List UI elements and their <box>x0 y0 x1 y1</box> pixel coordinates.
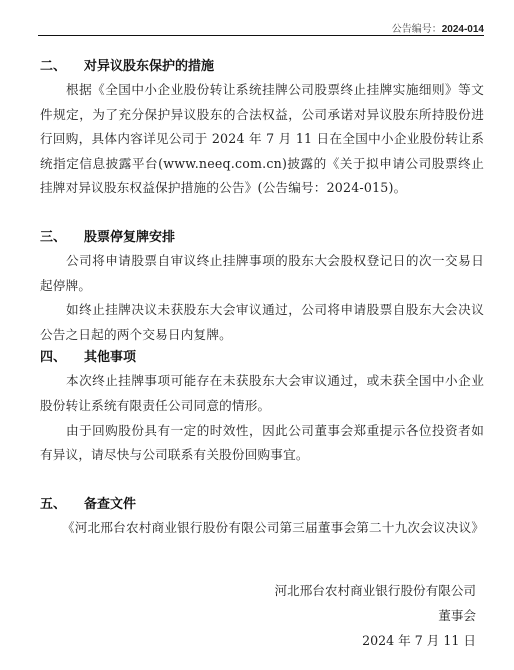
paragraph: 根据《全国中小企业股份转让系统挂牌公司股票终止挂牌实施细则》等文件规定，为了充分… <box>40 78 484 201</box>
section-number: 三、 <box>40 227 84 249</box>
section-number: 四、 <box>40 347 84 369</box>
reference-document: 《河北邢台农村商业银行股份有限公司第三届董事会第二十九次会议决议》 <box>40 516 484 541</box>
paragraph: 如终止挂牌决议未获股东大会审议通过，公司将申请股票自股东大会决议公告之日起的两个… <box>40 298 484 347</box>
section-title: 股票停复牌安排 <box>84 230 175 245</box>
section-heading-3: 三、股票停复牌安排 <box>40 227 484 249</box>
section-number: 五、 <box>40 494 84 516</box>
announcement-number: 公告编号：2024-014 <box>392 20 484 35</box>
page-header: 公告编号：2024-014 <box>38 0 484 36</box>
section-heading-2: 二、对异议股东保护的措施 <box>40 56 484 78</box>
section-heading-4: 四、其他事项 <box>40 347 484 369</box>
paragraph: 公司将申请股票自审议终止挂牌事项的股东大会股权登记日的次一交易日起停牌。 <box>40 249 484 298</box>
announcement-number-value: 2024-014 <box>442 24 484 35</box>
document-body: 二、对异议股东保护的措施 根据《全国中小企业股份转让系统挂牌公司股票终止挂牌实施… <box>40 56 484 540</box>
section-title: 对异议股东保护的措施 <box>84 59 214 74</box>
signature-board: 董事会 <box>438 603 476 628</box>
section-title: 其他事项 <box>84 350 136 365</box>
announcement-number-label: 公告编号： <box>392 24 442 35</box>
signature-date: 2024 年 7 月 11 日 <box>362 628 476 653</box>
paragraph: 由于回购股份具有一定的时效性，因此公司董事会郑重提示各位投资者如有异议，请尽快与… <box>40 419 484 468</box>
paragraph: 本次终止挂牌事项可能存在未获股东大会审议通过，或未获全国中小企业股份转让系统有限… <box>40 369 484 418</box>
signature-company: 河北邢台农村商业银行股份有限公司 <box>275 578 477 603</box>
section-title: 备查文件 <box>84 497 136 512</box>
section-number: 二、 <box>40 56 84 78</box>
section-heading-5: 五、备查文件 <box>40 494 484 516</box>
